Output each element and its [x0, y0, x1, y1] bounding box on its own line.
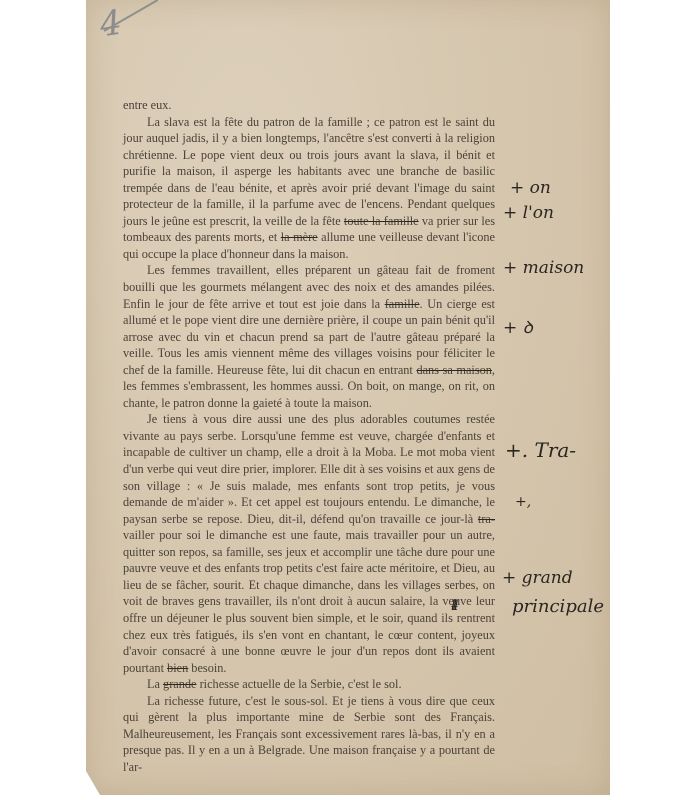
margin-note-lon: + l'on: [503, 203, 554, 223]
text-run: La slava est la fête du patron de la fam…: [123, 115, 495, 228]
struck-text: bien: [167, 661, 188, 675]
struck-text: toute la famille: [344, 214, 419, 228]
text-run: besoin.: [188, 661, 226, 675]
paragraph: La grande richesse actuelle de la Serbie…: [123, 676, 495, 693]
paragraph: Je tiens à vous dire aussi une des plus …: [123, 411, 495, 676]
text-run: Je tiens à vous dire aussi une des plus …: [123, 412, 495, 525]
paragraph: entre eux.: [123, 97, 495, 114]
text-run: vailler pour soi le dimanche est une fau…: [123, 528, 495, 674]
struck-text: dans sa maison: [416, 363, 491, 377]
margin-note-tra: +. Tra-: [505, 438, 576, 462]
margin-note-maison: + maison: [503, 258, 584, 278]
paragraph: Les femmes travaillent, elles préparent …: [123, 262, 495, 411]
text-run: La: [147, 677, 163, 691]
paragraph-mark: ƚƚƚ: [451, 598, 455, 614]
paragraph: La richesse future, c'est le sous-sol. E…: [123, 693, 495, 776]
margin-note-grand: + grand: [502, 568, 573, 588]
struck-text: grande: [163, 677, 196, 691]
struck-text: tra-: [478, 512, 495, 526]
struck-text: la mère: [281, 230, 318, 244]
margin-note-on: + on: [510, 178, 551, 198]
text-run: richesse actuelle de la Serbie, c'est le…: [197, 677, 402, 691]
margin-note-comma: +,: [515, 494, 531, 510]
margin-note-delete-mark: + ꝺ: [503, 315, 533, 338]
text-run: La richesse future, c'est le sous-sol. E…: [123, 694, 495, 774]
paragraph: La slava est la fête du patron de la fam…: [123, 114, 495, 263]
struck-text: famille: [385, 297, 420, 311]
printed-body-text: entre eux.La slava est la fête du patron…: [123, 97, 495, 775]
margin-note-principale: principale: [512, 596, 604, 617]
